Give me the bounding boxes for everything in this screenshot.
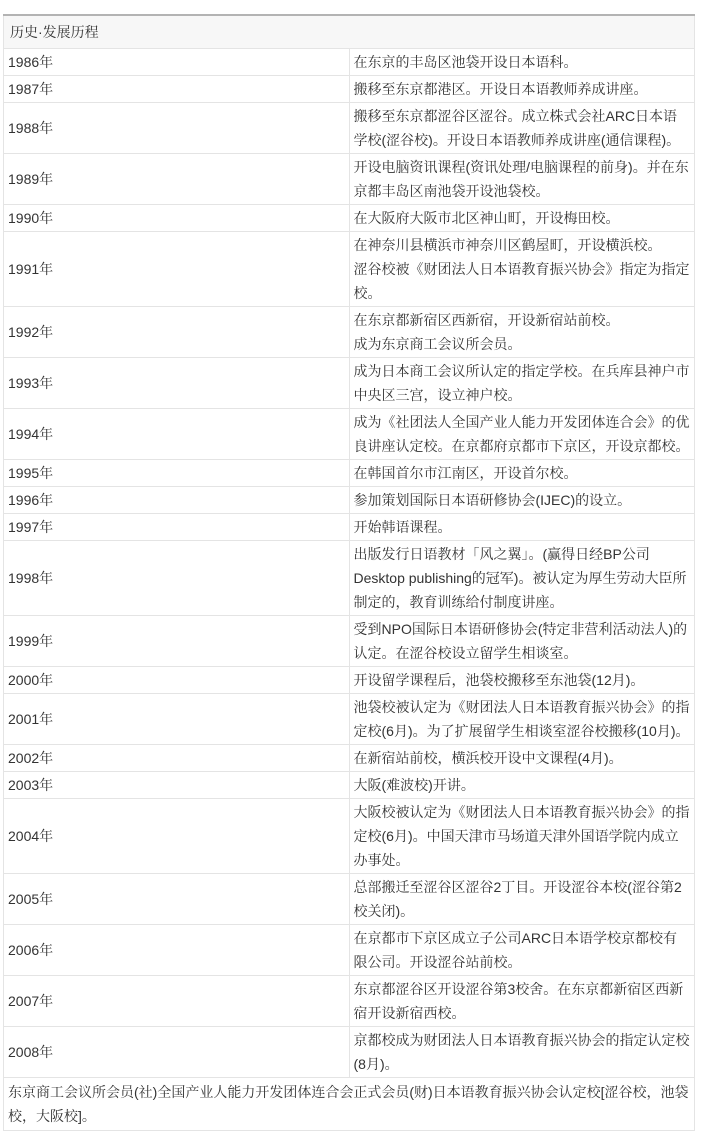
timeline-row: 2008年 京都校成为财团法人日本语教育振兴协会的指定认定校(8月)。 bbox=[4, 1027, 695, 1078]
event-cell: 东京都涩谷区开设涩谷第3校舍。在东京都新宿区西新宿开设新宿西校。 bbox=[349, 976, 695, 1027]
timeline-row: 1989年 开设电脑资讯课程(资讯处理/电脑课程的前身)。并在东京都丰岛区南池袋… bbox=[4, 154, 695, 205]
year-cell: 1988年 bbox=[4, 103, 350, 154]
event-line: 在京都市下京区成立子公司ARC日本语学校京都校有限公司。开设涩谷站前校。 bbox=[354, 926, 691, 974]
event-line: 东京都涩谷区开设涩谷第3校舍。在东京都新宿区西新宿开设新宿西校。 bbox=[354, 977, 691, 1025]
event-line: 受到NPO国际日本语研修协会(特定非营利活动法人)的认定。在涩谷校设立留学生相谈… bbox=[354, 617, 691, 665]
event-line: 在新宿站前校，横浜校开设中文课程(4月)。 bbox=[354, 746, 691, 770]
timeline-row: 1995年 在韩国首尔市江南区，开设首尔校。 bbox=[4, 460, 695, 487]
table-title: 历史·发展历程 bbox=[4, 15, 695, 49]
timeline-row: 1994年 成为《社团法人全国产业人能力开发团体连合会》的优良讲座认定校。在京都… bbox=[4, 409, 695, 460]
event-cell: 总部搬迁至涩谷区涩谷2丁目。开设涩谷本校(涩谷第2校关闭)。 bbox=[349, 874, 695, 925]
timeline-row: 1999年 受到NPO国际日本语研修协会(特定非营利活动法人)的认定。在涩谷校设… bbox=[4, 616, 695, 667]
year-cell: 1987年 bbox=[4, 76, 350, 103]
event-cell: 搬移至东京都涩谷区涩谷。成立株式会社ARC日本语学校(涩谷校)。开设日本语教师养… bbox=[349, 103, 695, 154]
event-cell: 大阪(难波校)开讲。 bbox=[349, 772, 695, 799]
event-line: 京都校成为财团法人日本语教育振兴协会的指定认定校(8月)。 bbox=[354, 1028, 691, 1076]
event-line: 在神奈川县横浜市神奈川区鹤屋町，开设横浜校。 bbox=[354, 233, 691, 257]
event-cell: 开始韩语课程。 bbox=[349, 514, 695, 541]
history-timeline-table: 历史·发展历程 1986年 在东京的丰岛区池袋开设日本语科。 1987年 搬移至… bbox=[3, 14, 695, 1131]
event-cell: 大阪校被认定为《财团法人日本语教育振兴协会》的指定校(6月)。中国天津市马场道天… bbox=[349, 799, 695, 874]
year-cell: 1990年 bbox=[4, 205, 350, 232]
event-line: 成为《社团法人全国产业人能力开发团体连合会》的优良讲座认定校。在京都府京都市下京… bbox=[354, 410, 691, 458]
event-cell: 出版发行日语教材「风之翼」。(赢得日经BP公司Desktop publishin… bbox=[349, 541, 695, 616]
event-line: 在东京的丰岛区池袋开设日本语科。 bbox=[354, 50, 691, 74]
event-cell: 在韩国首尔市江南区，开设首尔校。 bbox=[349, 460, 695, 487]
event-line: 大阪校被认定为《财团法人日本语教育振兴协会》的指定校(6月)。中国天津市马场道天… bbox=[354, 800, 691, 872]
year-cell: 2002年 bbox=[4, 745, 350, 772]
year-cell: 1996年 bbox=[4, 487, 350, 514]
event-cell: 搬移至东京都港区。开设日本语教师养成讲座。 bbox=[349, 76, 695, 103]
event-cell: 京都校成为财团法人日本语教育振兴协会的指定认定校(8月)。 bbox=[349, 1027, 695, 1078]
table-header: 历史·发展历程 bbox=[4, 15, 695, 49]
year-cell: 1997年 bbox=[4, 514, 350, 541]
event-cell: 受到NPO国际日本语研修协会(特定非营利活动法人)的认定。在涩谷校设立留学生相谈… bbox=[349, 616, 695, 667]
timeline-row: 1988年 搬移至东京都涩谷区涩谷。成立株式会社ARC日本语学校(涩谷校)。开设… bbox=[4, 103, 695, 154]
year-cell: 2004年 bbox=[4, 799, 350, 874]
timeline-row: 1990年 在大阪府大阪市北区神山町，开设梅田校。 bbox=[4, 205, 695, 232]
event-line: 出版发行日语教材「风之翼」。(赢得日经BP公司Desktop publishin… bbox=[354, 542, 691, 614]
timeline-row: 1987年 搬移至东京都港区。开设日本语教师养成讲座。 bbox=[4, 76, 695, 103]
event-line: 开设电脑资讯课程(资讯处理/电脑课程的前身)。并在东京都丰岛区南池袋开设池袋校。 bbox=[354, 155, 691, 203]
year-cell: 1999年 bbox=[4, 616, 350, 667]
year-cell: 1998年 bbox=[4, 541, 350, 616]
event-line: 在韩国首尔市江南区，开设首尔校。 bbox=[354, 461, 691, 485]
event-cell: 成为《社团法人全国产业人能力开发团体连合会》的优良讲座认定校。在京都府京都市下京… bbox=[349, 409, 695, 460]
year-cell: 1986年 bbox=[4, 49, 350, 76]
summary-row: 东京商工会议所会员(社)全国产业人能力开发团体连合会正式会员(财)日本语教育振兴… bbox=[4, 1078, 695, 1131]
timeline-row: 2004年 大阪校被认定为《财团法人日本语教育振兴协会》的指定校(6月)。中国天… bbox=[4, 799, 695, 874]
year-cell: 2007年 bbox=[4, 976, 350, 1027]
year-cell: 2000年 bbox=[4, 667, 350, 694]
year-cell: 2008年 bbox=[4, 1027, 350, 1078]
timeline-row: 1996年 参加策划国际日本语研修协会(IJEC)的设立。 bbox=[4, 487, 695, 514]
event-line: 成为东京商工会议所会员。 bbox=[354, 332, 691, 356]
summary-cell: 东京商工会议所会员(社)全国产业人能力开发团体连合会正式会员(财)日本语教育振兴… bbox=[4, 1078, 695, 1131]
event-cell: 成为日本商工会议所认定的指定学校。在兵库县神户市中央区三宫，设立神户校。 bbox=[349, 358, 695, 409]
year-cell: 1993年 bbox=[4, 358, 350, 409]
event-cell: 在新宿站前校，横浜校开设中文课程(4月)。 bbox=[349, 745, 695, 772]
event-line: 涩谷校被《财团法人日本语教育振兴协会》指定为指定校。 bbox=[354, 257, 691, 305]
title-row: 历史·发展历程 bbox=[4, 15, 695, 49]
event-line: 成为日本商工会议所认定的指定学校。在兵库县神户市中央区三宫，设立神户校。 bbox=[354, 359, 691, 407]
timeline-row: 2002年 在新宿站前校，横浜校开设中文课程(4月)。 bbox=[4, 745, 695, 772]
event-line: 参加策划国际日本语研修协会(IJEC)的设立。 bbox=[354, 488, 691, 512]
event-cell: 在京都市下京区成立子公司ARC日本语学校京都校有限公司。开设涩谷站前校。 bbox=[349, 925, 695, 976]
event-line: 开设留学课程后，池袋校搬移至东池袋(12月)。 bbox=[354, 668, 691, 692]
event-line: 在东京都新宿区西新宿，开设新宿站前校。 bbox=[354, 308, 691, 332]
event-line: 大阪(难波校)开讲。 bbox=[354, 773, 691, 797]
event-cell: 参加策划国际日本语研修协会(IJEC)的设立。 bbox=[349, 487, 695, 514]
event-cell: 在东京的丰岛区池袋开设日本语科。 bbox=[349, 49, 695, 76]
timeline-row: 1993年 成为日本商工会议所认定的指定学校。在兵库县神户市中央区三宫，设立神户… bbox=[4, 358, 695, 409]
event-cell: 在东京都新宿区西新宿，开设新宿站前校。成为东京商工会议所会员。 bbox=[349, 307, 695, 358]
timeline-row: 1997年 开始韩语课程。 bbox=[4, 514, 695, 541]
year-cell: 1995年 bbox=[4, 460, 350, 487]
timeline-row: 1991年 在神奈川县横浜市神奈川区鹤屋町，开设横浜校。涩谷校被《财团法人日本语… bbox=[4, 232, 695, 307]
year-cell: 2001年 bbox=[4, 694, 350, 745]
timeline-row: 2006年 在京都市下京区成立子公司ARC日本语学校京都校有限公司。开设涩谷站前… bbox=[4, 925, 695, 976]
year-cell: 1994年 bbox=[4, 409, 350, 460]
timeline-row: 2001年 池袋校被认定为《财团法人日本语教育振兴协会》的指定校(6月)。为了扩… bbox=[4, 694, 695, 745]
timeline-row: 1986年 在东京的丰岛区池袋开设日本语科。 bbox=[4, 49, 695, 76]
timeline-row: 2007年 东京都涩谷区开设涩谷第3校舍。在东京都新宿区西新宿开设新宿西校。 bbox=[4, 976, 695, 1027]
event-cell: 开设电脑资讯课程(资讯处理/电脑课程的前身)。并在东京都丰岛区南池袋开设池袋校。 bbox=[349, 154, 695, 205]
year-cell: 1992年 bbox=[4, 307, 350, 358]
timeline-row: 2000年 开设留学课程后，池袋校搬移至东池袋(12月)。 bbox=[4, 667, 695, 694]
year-cell: 1989年 bbox=[4, 154, 350, 205]
event-line: 搬移至东京都涩谷区涩谷。成立株式会社ARC日本语学校(涩谷校)。开设日本语教师养… bbox=[354, 104, 691, 152]
event-cell: 在大阪府大阪市北区神山町，开设梅田校。 bbox=[349, 205, 695, 232]
year-cell: 2006年 bbox=[4, 925, 350, 976]
event-cell: 池袋校被认定为《财团法人日本语教育振兴协会》的指定校(6月)。为了扩展留学生相谈… bbox=[349, 694, 695, 745]
event-line: 搬移至东京都港区。开设日本语教师养成讲座。 bbox=[354, 77, 691, 101]
timeline-row: 1992年 在东京都新宿区西新宿，开设新宿站前校。成为东京商工会议所会员。 bbox=[4, 307, 695, 358]
timeline-row: 1998年 出版发行日语教材「风之翼」。(赢得日经BP公司Desktop pub… bbox=[4, 541, 695, 616]
timeline-row: 2005年 总部搬迁至涩谷区涩谷2丁目。开设涩谷本校(涩谷第2校关闭)。 bbox=[4, 874, 695, 925]
timeline-row: 2003年 大阪(难波校)开讲。 bbox=[4, 772, 695, 799]
event-line: 开始韩语课程。 bbox=[354, 515, 691, 539]
event-line: 总部搬迁至涩谷区涩谷2丁目。开设涩谷本校(涩谷第2校关闭)。 bbox=[354, 875, 691, 923]
event-cell: 在神奈川县横浜市神奈川区鹤屋町，开设横浜校。涩谷校被《财团法人日本语教育振兴协会… bbox=[349, 232, 695, 307]
event-line: 池袋校被认定为《财团法人日本语教育振兴协会》的指定校(6月)。为了扩展留学生相谈… bbox=[354, 695, 691, 743]
table-footer: 东京商工会议所会员(社)全国产业人能力开发团体连合会正式会员(财)日本语教育振兴… bbox=[4, 1078, 695, 1131]
year-cell: 2003年 bbox=[4, 772, 350, 799]
year-cell: 2005年 bbox=[4, 874, 350, 925]
table-body: 1986年 在东京的丰岛区池袋开设日本语科。 1987年 搬移至东京都港区。开设… bbox=[4, 49, 695, 1078]
year-cell: 1991年 bbox=[4, 232, 350, 307]
event-cell: 开设留学课程后，池袋校搬移至东池袋(12月)。 bbox=[349, 667, 695, 694]
event-line: 在大阪府大阪市北区神山町，开设梅田校。 bbox=[354, 206, 691, 230]
